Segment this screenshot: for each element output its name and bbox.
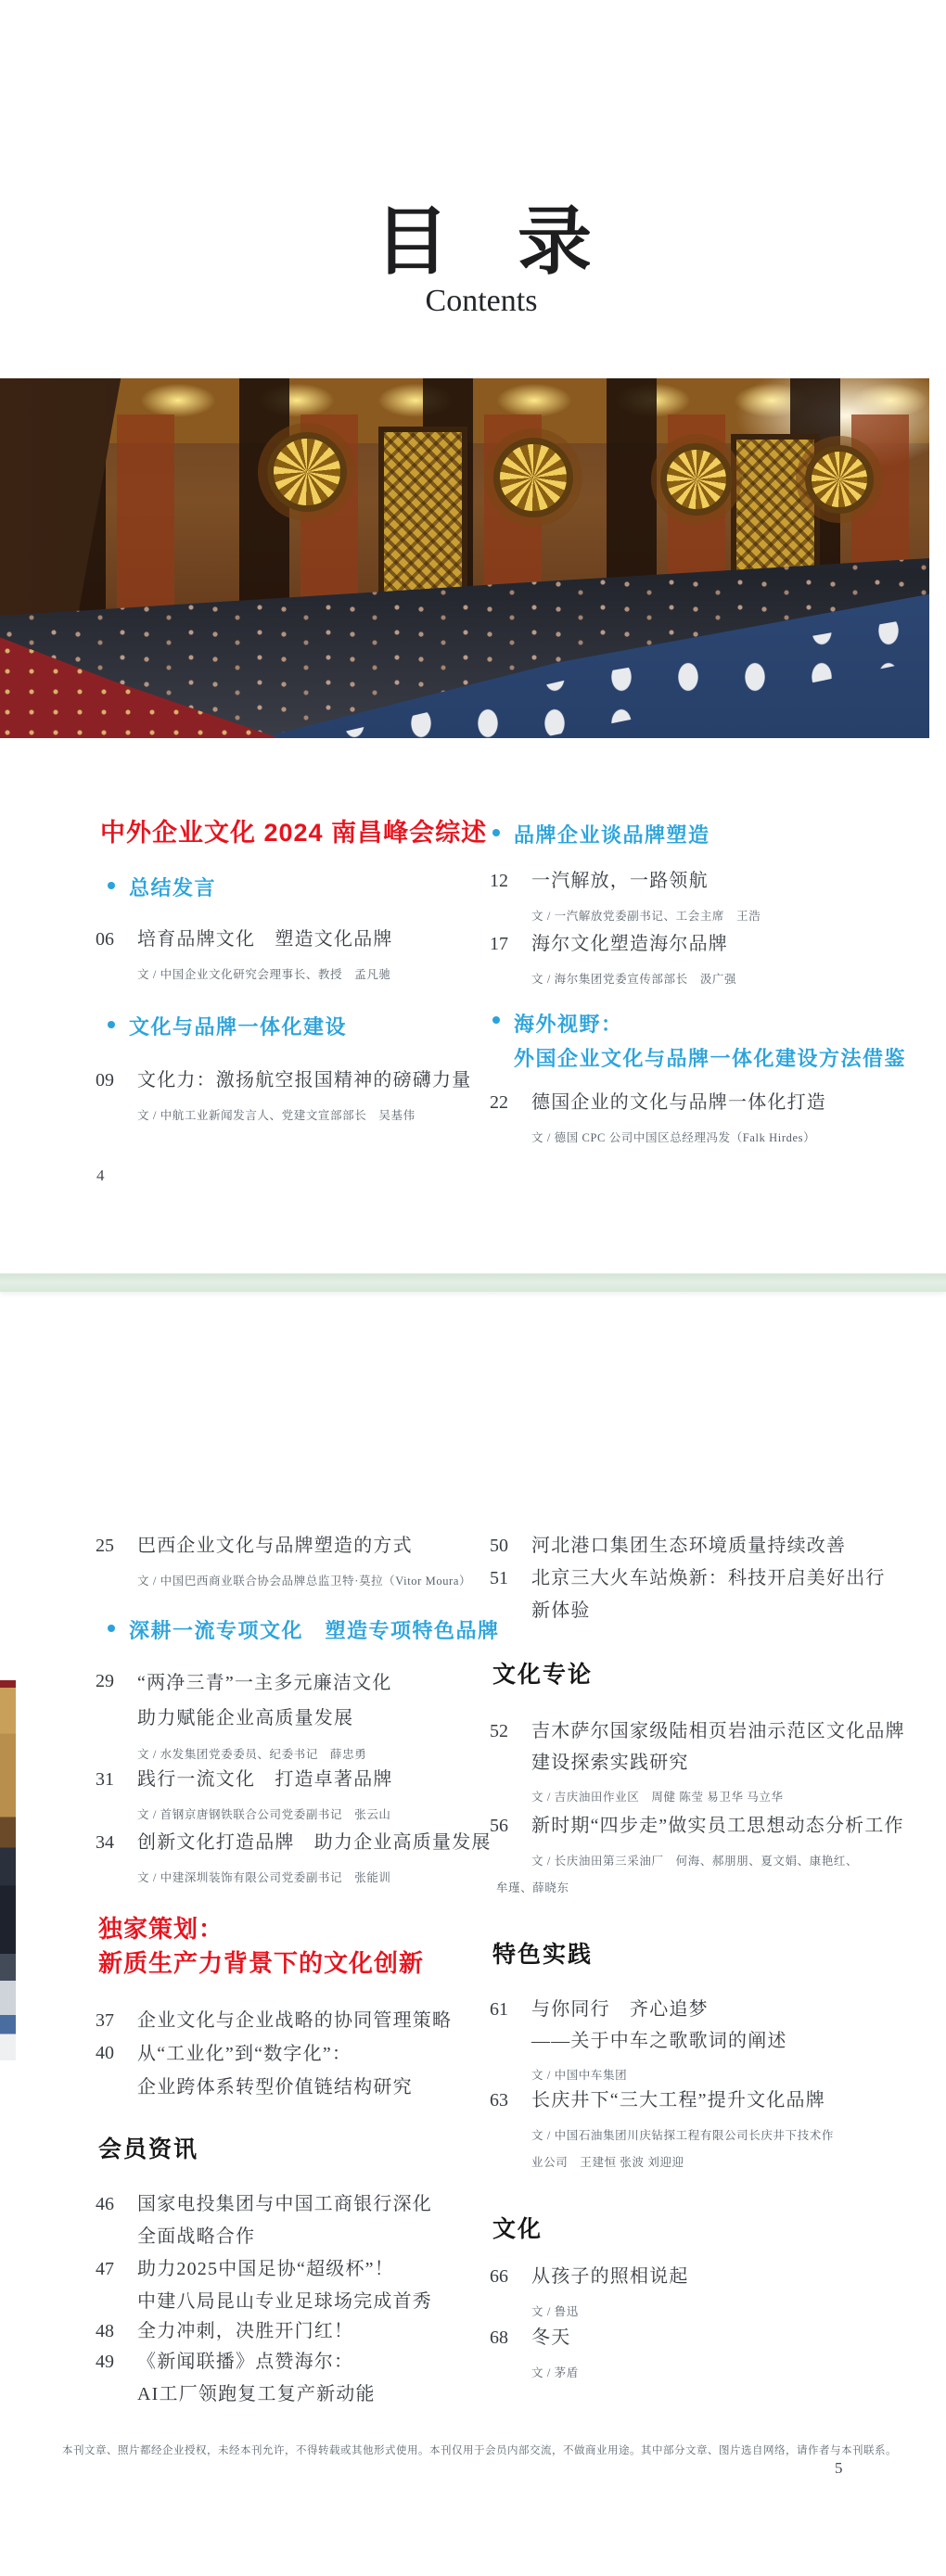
section-bullet-integration: 文化与品牌一体化建设 xyxy=(108,1012,347,1040)
entry-page-number: 68 xyxy=(490,2322,531,2387)
entry-lines: 践行一流文化 打造卓著品牌 文 / 首钢京唐钢铁联合公司党委副书记 张云山 xyxy=(137,1764,393,1829)
toc-entry-06[interactable]: 06 培育品牌文化 塑造文化品牌 文 / 中国企业文化研究会理事长、教授 孟凡驰 xyxy=(96,924,393,988)
entry-page-number: 51 xyxy=(490,1562,531,1627)
entry-lines: “两净三青”一主多元廉洁文化 助力赋能企业高质量发展 文 / 水发集团党委委员、… xyxy=(137,1665,392,1768)
rosette-window xyxy=(493,438,573,517)
bullet-label: 总结发言 xyxy=(129,873,216,901)
entry-byline: 文 / 吉庆油田作业区 周健 陈莹 易卫华 马立华 xyxy=(531,1784,905,1811)
section-bullet-summary: 总结发言 xyxy=(108,873,216,901)
entry-title: 创新文化打造品牌 助力企业高质量发展 xyxy=(137,1827,492,1859)
section-heading-member-news: 会员资讯 xyxy=(98,2131,198,2164)
entry-page-number: 29 xyxy=(96,1665,137,1768)
toc-entry-56[interactable]: 56 新时期“四步走”做实员工思想动态分析工作 文 / 长庆油田第三采油厂 何海… xyxy=(490,1810,904,1902)
entry-lines: 国家电投集团与中国工商银行深化 全面战略合作 xyxy=(137,2188,432,2253)
toc-entry-34[interactable]: 34 创新文化打造品牌 助力企业高质量发展 文 / 中建深圳装饰有限公司党委副书… xyxy=(96,1827,492,1892)
entry-lines: 一汽解放，一路领航 文 / 一汽解放党委副书记、工会主席 王浩 xyxy=(531,865,761,930)
page-number-4: 4 xyxy=(96,1167,105,1185)
entry-title: 一汽解放，一路领航 xyxy=(531,865,761,898)
entry-title-line2: 新体验 xyxy=(531,1595,886,1627)
entry-title-line2: 建设探索实践研究 xyxy=(531,1747,905,1779)
red-heading-line2: 新质生产力背景下的文化创新 xyxy=(98,1946,424,1981)
section-heading-culture: 文化 xyxy=(492,2211,543,2244)
entry-page-number: 63 xyxy=(490,2085,531,2176)
section-bullet-brand-talk: 品牌企业谈品牌塑造 xyxy=(492,820,710,848)
bullet-dot-icon xyxy=(492,829,500,836)
bullet-line1: 海外视野： xyxy=(514,1013,623,1036)
entry-byline: 文 / 中建深圳装饰有限公司党委副书记 张能训 xyxy=(137,1865,492,1892)
entry-page-number: 40 xyxy=(96,2037,137,2104)
entry-title: 海尔文化塑造海尔品牌 xyxy=(531,928,736,961)
entry-title: 长庆井下“三大工程”提升文化品牌 xyxy=(531,2085,834,2117)
entry-title: 培育品牌文化 塑造文化品牌 xyxy=(137,924,393,956)
entry-lines: 培育品牌文化 塑造文化品牌 文 / 中国企业文化研究会理事长、教授 孟凡驰 xyxy=(137,924,393,988)
bullet-dot-icon xyxy=(108,1625,115,1632)
entry-title-line2: 全面战略合作 xyxy=(137,2221,432,2253)
entry-title-line1: 《新闻联播》点赞海尔： xyxy=(137,2346,376,2378)
toc-entry-31[interactable]: 31 践行一流文化 打造卓著品牌 文 / 首钢京唐钢铁联合公司党委副书记 张云山 xyxy=(96,1764,393,1829)
page-edge-photo-strip xyxy=(0,1680,16,2060)
entry-lines: 助力2025中国足协“超级杯”！ 中建八局昆山专业足球场完成首秀 xyxy=(137,2253,432,2318)
entry-title: 河北港口集团生态环境质量持续改善 xyxy=(531,1530,846,1562)
entry-byline: 文 / 茅盾 xyxy=(531,2360,579,2387)
page-divider-band xyxy=(0,1273,946,1292)
rosette-window xyxy=(267,432,347,512)
entry-byline: 文 / 一汽解放党委副书记、工会主席 王浩 xyxy=(531,903,761,930)
entry-title-line2: ——关于中车之歌歌词的阐述 xyxy=(531,2025,787,2057)
bullet-dot-icon xyxy=(108,882,115,889)
entry-title: 文化力：激扬航空报国精神的磅礴力量 xyxy=(137,1065,471,1097)
footer-note: 本刊文章、照片都经企业授权，未经本刊允许，不得转载或其他形式使用。本刊仅用于会员… xyxy=(0,2442,946,2457)
page-title: 目 录 xyxy=(0,182,946,288)
bullet-dot-icon xyxy=(492,1016,500,1024)
bullet-dot-icon xyxy=(108,1021,115,1028)
section-bullet-special-culture: 深耕一流专项文化 塑造专项特色品牌 xyxy=(108,1615,500,1644)
conference-photo xyxy=(0,378,929,738)
toc-entry-12[interactable]: 12 一汽解放，一路领航 文 / 一汽解放党委副书记、工会主席 王浩 xyxy=(490,865,761,930)
entry-title: 新时期“四步走”做实员工思想动态分析工作 xyxy=(531,1810,904,1843)
entry-title-line1: 国家电投集团与中国工商银行深化 xyxy=(137,2188,432,2221)
page-number-5: 5 xyxy=(835,2459,843,2478)
entry-title-line1: 北京三大火车站焕新：科技开启美好出行 xyxy=(531,1562,886,1595)
entry-title: 践行一流文化 打造卓著品牌 xyxy=(137,1764,393,1796)
toc-entry-25[interactable]: 25 巴西企业文化与品牌塑造的方式 文 / 中国巴西商业联合协会品牌总监卫特·莫… xyxy=(96,1530,471,1595)
entry-title-line1: 吉木萨尔国家级陆相页岩油示范区文化品牌 xyxy=(531,1715,905,1747)
toc-entry-29[interactable]: 29 “两净三青”一主多元廉洁文化 助力赋能企业高质量发展 文 / 水发集团党委… xyxy=(96,1665,392,1768)
entry-page-number: 48 xyxy=(96,2315,137,2348)
entry-lines: 北京三大火车站焕新：科技开启美好出行 新体验 xyxy=(531,1562,886,1627)
entry-lines: 从孩子的照相说起 文 / 鲁迅 xyxy=(531,2261,689,2326)
entry-lines: 文化力：激扬航空报国精神的磅礴力量 文 / 中航工业新闻发言人、党建文宣部部长 … xyxy=(137,1065,471,1129)
entry-lines: 吉木萨尔国家级陆相页岩油示范区文化品牌 建设探索实践研究 文 / 吉庆油田作业区… xyxy=(531,1715,905,1811)
bullet-label: 品牌企业谈品牌塑造 xyxy=(514,820,710,848)
entry-page-number: 34 xyxy=(96,1827,137,1892)
entry-page-number: 37 xyxy=(96,2005,137,2037)
entry-lines: 德国企业的文化与品牌一体化打造 文 / 德国 CPC 公司中国区总经理冯发（Fa… xyxy=(531,1087,826,1152)
entry-page-number: 06 xyxy=(96,924,137,988)
entry-title: 从孩子的照相说起 xyxy=(531,2261,689,2293)
entry-lines: 巴西企业文化与品牌塑造的方式 文 / 中国巴西商业联合协会品牌总监卫特·莫拉（V… xyxy=(137,1530,471,1595)
byline-line2: 牟瑾、薛晓东 xyxy=(496,1875,904,1902)
entry-lines: 全力冲刺，决胜开门红！ xyxy=(137,2315,353,2348)
entry-title-line2: AI工厂领跑复工复产新动能 xyxy=(137,2378,376,2411)
section-bullet-overseas: 海外视野： 外国企业文化与品牌一体化建设方法借鉴 xyxy=(492,1007,906,1076)
toc-entry-68[interactable]: 68 冬天 文 / 茅盾 xyxy=(490,2322,579,2387)
toc-entry-47[interactable]: 47 助力2025中国足协“超级杯”！ 中建八局昆山专业足球场完成首秀 xyxy=(96,2253,432,2318)
entry-lines: 新时期“四步走”做实员工思想动态分析工作 文 / 长庆油田第三采油厂 何海、郝朋… xyxy=(531,1810,904,1902)
entry-title-line1: 与你同行 齐心追梦 xyxy=(531,1994,787,2025)
toc-entry-51[interactable]: 51 北京三大火车站焕新：科技开启美好出行 新体验 xyxy=(490,1562,886,1627)
entry-byline: 文 / 长庆油田第三采油厂 何海、郝朋朋、夏文娟、康艳红、 牟瑾、薛晓东 xyxy=(531,1848,904,1902)
toc-entry-61[interactable]: 61 与你同行 齐心追梦 ——关于中车之歌歌词的阐述 文 / 中国中车集团 xyxy=(490,1994,787,2089)
entry-byline: 文 / 中航工业新闻发言人、党建文宣部部长 吴基伟 xyxy=(137,1103,471,1129)
entry-byline: 文 / 中国石油集团川庆钻探工程有限公司长庆井下技术作 业公司 王建恒 张波 刘… xyxy=(531,2123,834,2176)
page-subtitle: Contents xyxy=(0,284,946,319)
entry-page-number: 09 xyxy=(96,1065,137,1129)
section-heading-featured-practice: 特色实践 xyxy=(492,1936,593,1970)
entry-title-line2: 企业跨体系转型价值链结构研究 xyxy=(137,2071,413,2104)
rosette-window xyxy=(660,443,733,516)
entry-title-line2: 中建八局昆山专业足球场完成首秀 xyxy=(137,2286,432,2318)
entry-page-number: 66 xyxy=(490,2261,531,2326)
toc-entry-50[interactable]: 50 河北港口集团生态环境质量持续改善 xyxy=(490,1530,846,1562)
toc-entry-40[interactable]: 40 从“工业化”到“数字化”： 企业跨体系转型价值链结构研究 xyxy=(96,2037,413,2104)
entry-title: 全力冲刺，决胜开门红！ xyxy=(137,2315,353,2348)
entry-page-number: 52 xyxy=(490,1715,531,1811)
entry-lines: 海尔文化塑造海尔品牌 文 / 海尔集团党委宣传部部长 汲广强 xyxy=(531,928,736,993)
toc-entry-52[interactable]: 52 吉木萨尔国家级陆相页岩油示范区文化品牌 建设探索实践研究 文 / 吉庆油田… xyxy=(490,1715,905,1811)
entry-page-number: 46 xyxy=(96,2188,137,2253)
red-heading-line1: 独家策划： xyxy=(98,1912,424,1946)
entry-byline: 文 / 德国 CPC 公司中国区总经理冯发（Falk Hirdes） xyxy=(531,1125,826,1152)
toc-entry-37[interactable]: 37 企业文化与企业战略的协同管理策略 xyxy=(96,2005,452,2037)
entry-byline: 文 / 中国巴西商业联合协会品牌总监卫特·莫拉（Vitor Moura） xyxy=(137,1568,471,1595)
toc-entry-09[interactable]: 09 文化力：激扬航空报国精神的磅礴力量 文 / 中航工业新闻发言人、党建文宣部… xyxy=(96,1065,471,1129)
entry-lines: 河北港口集团生态环境质量持续改善 xyxy=(531,1530,846,1562)
entry-title: 巴西企业文化与品牌塑造的方式 xyxy=(137,1530,471,1562)
entry-title: 企业文化与企业战略的协同管理策略 xyxy=(137,2005,452,2037)
entry-title: 德国企业的文化与品牌一体化打造 xyxy=(531,1087,826,1119)
toc-entry-46[interactable]: 46 国家电投集团与中国工商银行深化 全面战略合作 xyxy=(96,2188,432,2253)
entry-title-line2: 助力赋能企业高质量发展 xyxy=(137,1701,392,1736)
entry-lines: 与你同行 齐心追梦 ——关于中车之歌歌词的阐述 文 / 中国中车集团 xyxy=(531,1994,787,2089)
byline-line1: 文 / 长庆油田第三采油厂 何海、郝朋朋、夏文娟、康艳红、 xyxy=(531,1848,904,1875)
title-char-lu: 录 xyxy=(518,182,592,288)
title-char-mu: 目 xyxy=(375,182,449,288)
entry-lines: 冬天 文 / 茅盾 xyxy=(531,2322,579,2387)
section-heading-summit: 中外企业文化 2024 南昌峰会综述 xyxy=(100,812,487,848)
toc-entry-22[interactable]: 22 德国企业的文化与品牌一体化打造 文 / 德国 CPC 公司中国区总经理冯发… xyxy=(490,1087,826,1152)
bullet-line2: 外国企业文化与品牌一体化建设方法借鉴 xyxy=(514,1047,906,1070)
entry-page-number: 61 xyxy=(490,1994,531,2089)
entry-lines: 从“工业化”到“数字化”： 企业跨体系转型价值链结构研究 xyxy=(137,2037,413,2104)
entry-lines: 企业文化与企业战略的协同管理策略 xyxy=(137,2005,452,2037)
toc-entry-49[interactable]: 49 《新闻联播》点赞海尔： AI工厂领跑复工复产新动能 xyxy=(96,2346,376,2411)
entry-page-number: 12 xyxy=(490,865,531,930)
section-heading-culture-essay: 文化专论 xyxy=(492,1656,593,1690)
entry-page-number: 25 xyxy=(96,1530,137,1595)
entry-page-number: 17 xyxy=(490,928,531,993)
entry-lines: 创新文化打造品牌 助力企业高质量发展 文 / 中建深圳装饰有限公司党委副书记 张… xyxy=(137,1827,492,1892)
bullet-label: 深耕一流专项文化 塑造专项特色品牌 xyxy=(129,1615,500,1644)
entry-lines: 长庆井下“三大工程”提升文化品牌 文 / 中国石油集团川庆钻探工程有限公司长庆井… xyxy=(531,2085,834,2176)
entry-byline: 文 / 中国企业文化研究会理事长、教授 孟凡驰 xyxy=(137,962,393,988)
entry-title: 冬天 xyxy=(531,2322,579,2354)
entry-lines: 《新闻联播》点赞海尔： AI工厂领跑复工复产新动能 xyxy=(137,2346,376,2411)
entry-title-line1: “两净三青”一主多元廉洁文化 xyxy=(137,1665,392,1701)
entry-byline: 文 / 首钢京唐钢铁联合公司党委副书记 张云山 xyxy=(137,1802,393,1829)
rosette-window xyxy=(805,445,874,514)
byline-line2: 业公司 王建恒 张波 刘迎迎 xyxy=(531,2149,834,2176)
entry-byline: 文 / 海尔集团党委宣传部部长 汲广强 xyxy=(531,966,736,993)
toc-entry-17[interactable]: 17 海尔文化塑造海尔品牌 文 / 海尔集团党委宣传部部长 汲广强 xyxy=(490,928,736,993)
entry-page-number: 31 xyxy=(96,1764,137,1829)
bullet-label: 海外视野： 外国企业文化与品牌一体化建设方法借鉴 xyxy=(514,1007,906,1076)
bullet-label: 文化与品牌一体化建设 xyxy=(129,1012,347,1040)
entry-page-number: 50 xyxy=(490,1530,531,1562)
entry-title-line1: 助力2025中国足协“超级杯”！ xyxy=(137,2253,432,2286)
toc-entry-66[interactable]: 66 从孩子的照相说起 文 / 鲁迅 xyxy=(490,2261,689,2326)
toc-entry-48[interactable]: 48 全力冲刺，决胜开门红！ xyxy=(96,2315,353,2348)
entry-page-number: 47 xyxy=(96,2253,137,2318)
toc-entry-63[interactable]: 63 长庆井下“三大工程”提升文化品牌 文 / 中国石油集团川庆钻探工程有限公司… xyxy=(490,2085,834,2176)
entry-page-number: 22 xyxy=(490,1087,531,1152)
section-heading-exclusive: 独家策划： 新质生产力背景下的文化创新 xyxy=(98,1912,424,1981)
entry-page-number: 49 xyxy=(96,2346,137,2411)
entry-title-line1: 从“工业化”到“数字化”： xyxy=(137,2037,413,2071)
byline-line1: 文 / 中国石油集团川庆钻探工程有限公司长庆井下技术作 xyxy=(531,2123,834,2149)
